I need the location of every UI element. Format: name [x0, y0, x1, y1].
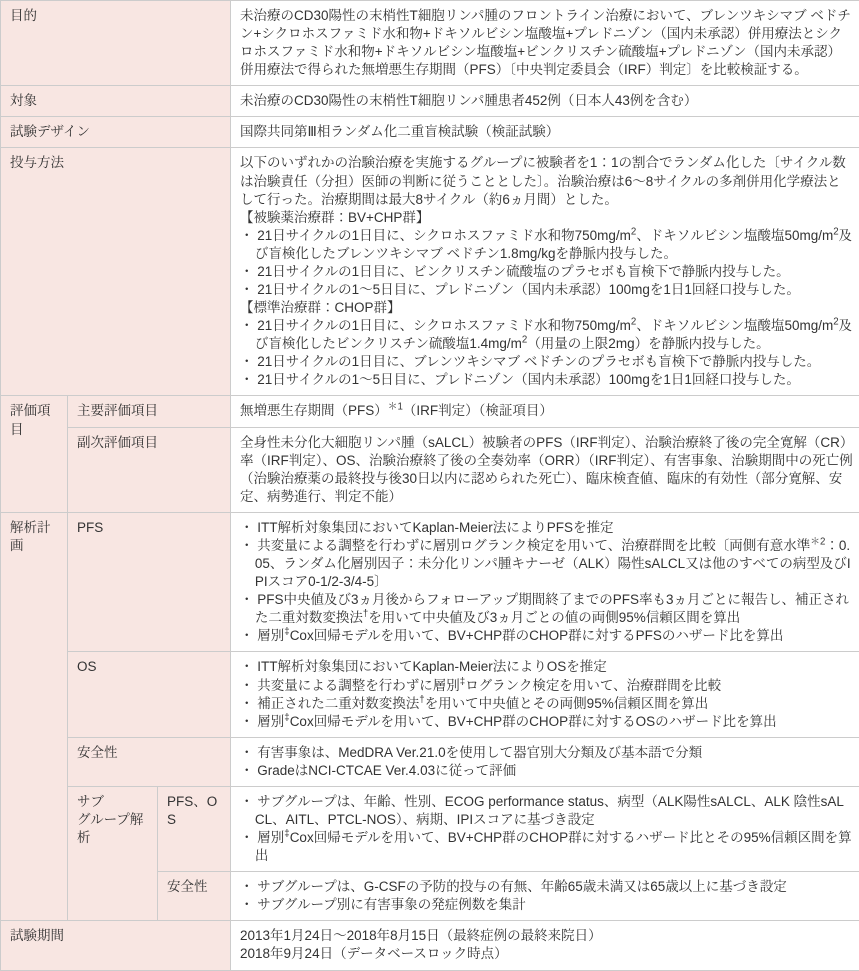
row-analysis-safety: 安全性 ・ 有害事象は、MedDRA Ver.21.0を使用して器官別大分類及び…	[1, 737, 859, 786]
period-label: 試験期間	[1, 921, 231, 970]
analysis-os-label: OS	[68, 652, 231, 737]
row-subjects: 対象 未治療のCD30陽性の末梢性T細胞リンパ腫患者452例（日本人43例を含む…	[1, 86, 859, 117]
analysis-os-content: ・ ITT解析対象集団においてKaplan-Meier法によりOSを推定・ 共変…	[231, 652, 859, 737]
endpoints-label: 評価項目	[1, 396, 68, 512]
analysis-pfs-content: ・ ITT解析対象集団においてKaplan-Meier法によりPFSを推定・ 共…	[231, 512, 859, 652]
row-purpose: 目的 未治療のCD30陽性の末梢性T細胞リンパ腫のフロントライン治療において、ブ…	[1, 1, 859, 86]
text-line: ・ 共変量による調整を行わずに層別‡ログランク検定を用いて、治療群間を比較	[240, 677, 853, 695]
text-line: ・ 21日サイクルの1日目に、ブレンツキシマブ ベドチンのプラセボも盲検下で静脈…	[240, 353, 853, 371]
period-content: 2013年1月24日～2018年8月15日（最終症例の最終来院日）2018年9月…	[231, 921, 859, 970]
subgroup-safety-content: ・ サブグループは、G-CSFの予防的投与の有無、年齢65歳未満又は65歳以上に…	[231, 872, 859, 921]
subjects-label: 対象	[1, 86, 231, 117]
row-analysis-pfs: 解析計画 PFS ・ ITT解析対象集団においてKaplan-Meier法により…	[1, 512, 859, 652]
text-line: ・ 補正された二重対数変換法†を用いて中央値とその両側95%信頼区間を算出	[240, 695, 853, 713]
clinical-trial-summary-table: 目的 未治療のCD30陽性の末梢性T細胞リンパ腫のフロントライン治療において、ブ…	[0, 0, 859, 971]
text-line: ・ 共変量による調整を行わずに層別ログランク検定を用いて、治療群間を比較〔両側有…	[240, 537, 853, 591]
secondary-endpoint-label: 副次評価項目	[68, 427, 231, 512]
clinical-trial-summary-document: 目的 未治療のCD30陽性の末梢性T細胞リンパ腫のフロントライン治療において、ブ…	[0, 0, 859, 971]
analysis-pfs-label: PFS	[68, 512, 231, 652]
text-line: 【被験薬治療群：BV+CHP群】	[240, 209, 853, 227]
row-primary-endpoint: 評価項目 主要評価項目 無増悪生存期間（PFS）＊1（IRF判定）（検証項目）	[1, 396, 859, 427]
primary-endpoint-content: 無増悪生存期間（PFS）＊1（IRF判定）（検証項目）	[231, 396, 859, 427]
text-line: ・ サブグループ別に有害事象の発症例数を集計	[240, 896, 853, 914]
analysis-safety-label: 安全性	[68, 737, 231, 786]
purpose-content: 未治療のCD30陽性の末梢性T細胞リンパ腫のフロントライン治療において、ブレンツ…	[231, 1, 859, 86]
purpose-label: 目的	[1, 1, 231, 86]
dosing-content: 以下のいずれかの治験治療を実施するグループに被験者を1：1の割合でランダム化した…	[231, 148, 859, 396]
secondary-endpoint-content: 全身性未分化大細胞リンパ腫（sALCL）被験者のPFS（IRF判定）、治験治療終…	[231, 427, 859, 512]
text-line: 2018年9月24日（データベースロック時点）	[240, 945, 853, 963]
text-line: 2013年1月24日～2018年8月15日（最終症例の最終来院日）	[240, 927, 853, 945]
text-line: ・ 有害事象は、MedDRA Ver.21.0を使用して器官別大分類及び基本語で…	[240, 744, 853, 762]
row-design: 試験デザイン 国際共同第Ⅲ相ランダム化二重盲検試験（検証試験）	[1, 117, 859, 148]
text-line: ・ サブグループは、年齢、性別、ECOG performance status、…	[240, 793, 853, 829]
text-line: ・ 21日サイクルの1～5日目に、プレドニゾン（国内未承認）100mgを1日1回…	[240, 281, 853, 299]
subjects-content: 未治療のCD30陽性の末梢性T細胞リンパ腫患者452例（日本人43例を含む）	[231, 86, 859, 117]
row-subgroup-pfs-os: サブ グループ解析 PFS、OS ・ サブグループは、年齢、性別、ECOG pe…	[1, 786, 859, 871]
row-secondary-endpoint: 副次評価項目 全身性未分化大細胞リンパ腫（sALCL）被験者のPFS（IRF判定…	[1, 427, 859, 512]
text-line: ・ 21日サイクルの1日目に、シクロホスファミド水和物750mg/m2、ドキソル…	[240, 317, 853, 353]
design-content: 国際共同第Ⅲ相ランダム化二重盲検試験（検証試験）	[231, 117, 859, 148]
text-line: ・ 層別‡Cox回帰モデルを用いて、BV+CHP群のCHOP群に対するOSのハザ…	[240, 713, 853, 731]
analysis-plan-label: 解析計画	[1, 512, 68, 920]
row-dosing: 投与方法 以下のいずれかの治験治療を実施するグループに被験者を1：1の割合でラン…	[1, 148, 859, 396]
text-line: ・ 21日サイクルの1日目に、ビンクリスチン硫酸塩のプラセボも盲検下で静脈内投与…	[240, 263, 853, 281]
row-analysis-os: OS ・ ITT解析対象集団においてKaplan-Meier法によりOSを推定・…	[1, 652, 859, 737]
text-line: ・ PFS中央値及び3ヵ月後からフォローアップ期間終了までのPFS率も3ヵ月ごと…	[240, 591, 853, 627]
dosing-label: 投与方法	[1, 148, 231, 396]
text-line: ・ GradeはNCI-CTCAE Ver.4.03に従って評価	[240, 762, 853, 780]
text-line: 以下のいずれかの治験治療を実施するグループに被験者を1：1の割合でランダム化した…	[240, 154, 853, 208]
text-line: 【標準治療群：CHOP群】	[240, 299, 853, 317]
subgroup-label: サブ グループ解析	[68, 786, 158, 920]
text-line: ・ 層別‡Cox回帰モデルを用いて、BV+CHP群のCHOP群に対するPFSのハ…	[240, 627, 853, 645]
text-line: ・ 層別‡Cox回帰モデルを用いて、BV+CHP群のCHOP群に対するハザード比…	[240, 829, 853, 865]
row-period: 試験期間 2013年1月24日～2018年8月15日（最終症例の最終来院日）20…	[1, 921, 859, 970]
text-line: ・ ITT解析対象集団においてKaplan-Meier法によりOSを推定	[240, 658, 853, 676]
subgroup-pfs-os-label: PFS、OS	[158, 786, 231, 871]
analysis-safety-content: ・ 有害事象は、MedDRA Ver.21.0を使用して器官別大分類及び基本語で…	[231, 737, 859, 786]
primary-endpoint-label: 主要評価項目	[68, 396, 231, 427]
text-line: ・ 21日サイクルの1～5日目に、プレドニゾン（国内未承認）100mgを1日1回…	[240, 371, 853, 389]
design-label: 試験デザイン	[1, 117, 231, 148]
text-line: ・ サブグループは、G-CSFの予防的投与の有無、年齢65歳未満又は65歳以上に…	[240, 878, 853, 896]
subgroup-pfs-os-content: ・ サブグループは、年齢、性別、ECOG performance status、…	[231, 786, 859, 871]
text-line: ・ ITT解析対象集団においてKaplan-Meier法によりPFSを推定	[240, 519, 853, 537]
subgroup-safety-label: 安全性	[158, 872, 231, 921]
text-line: ・ 21日サイクルの1日目に、シクロホスファミド水和物750mg/m2、ドキソル…	[240, 227, 853, 263]
